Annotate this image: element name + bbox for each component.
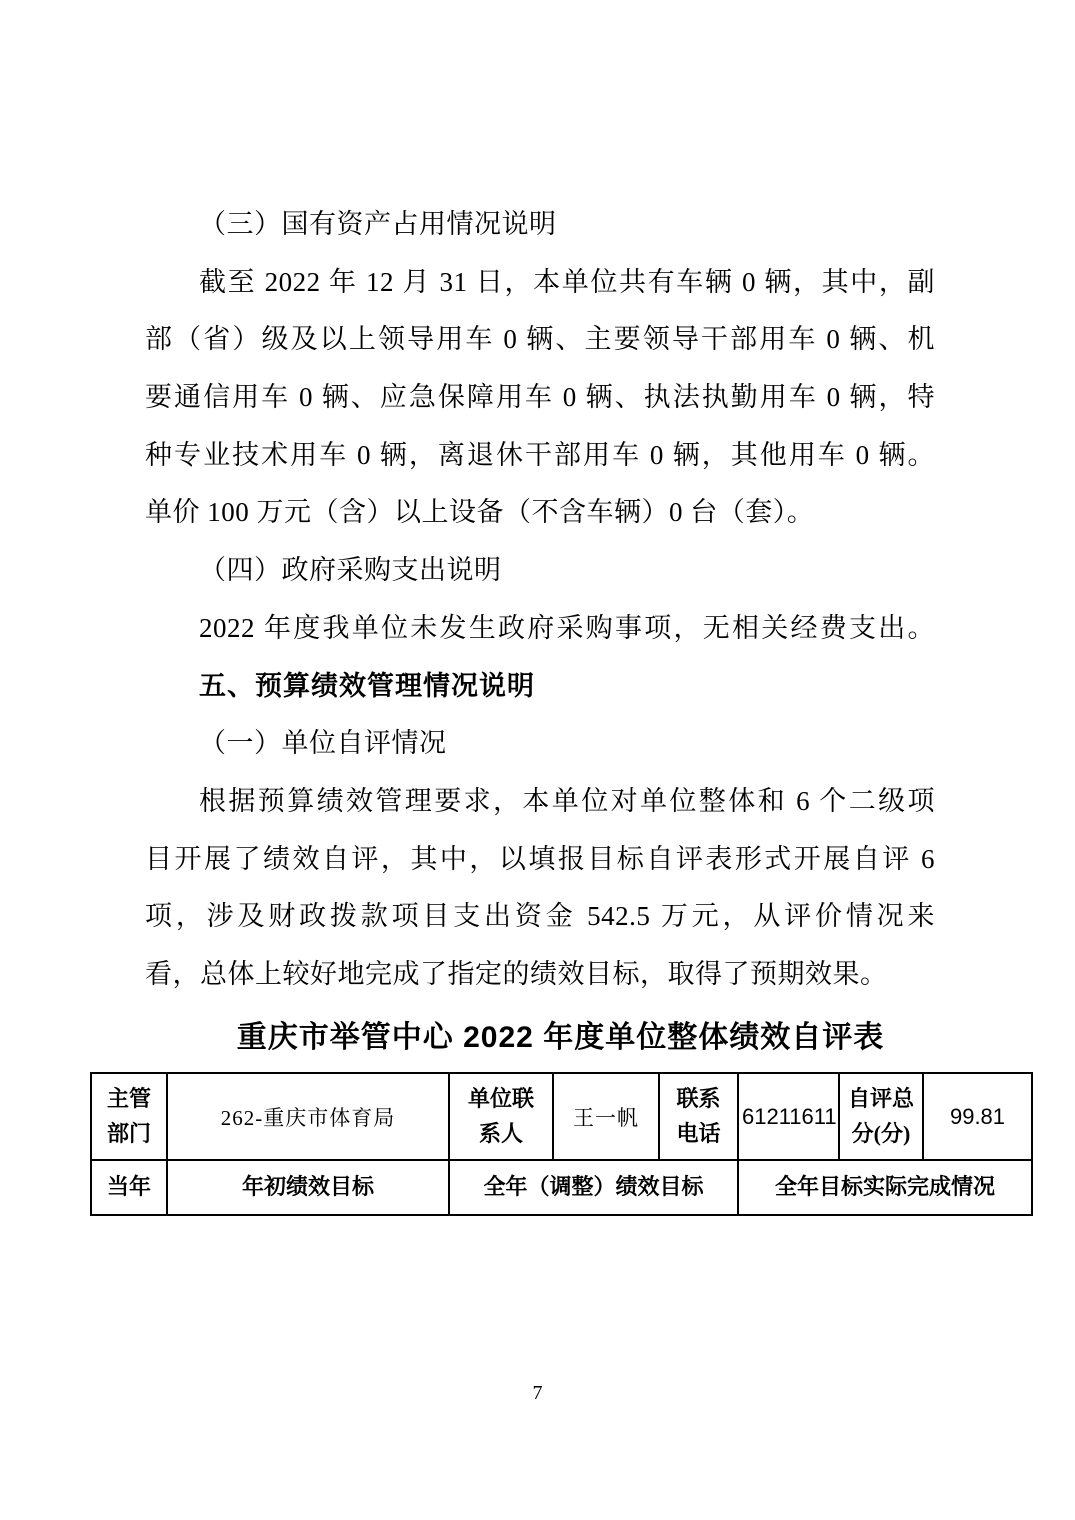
actual-completion-cell: 全年目标实际完成情况 bbox=[738, 1160, 1032, 1215]
section-heading: 五、预算绩效管理情况说明 bbox=[145, 658, 935, 716]
dept-value-cell: 262-重庆市体育局 bbox=[167, 1073, 449, 1160]
body-text-line: 种专业技术用车 0 辆，离退休干部用车 0 辆，其他用车 0 辆。 bbox=[145, 427, 935, 485]
body-text-line: 单价 100 万元（含）以上设备（不含车辆）0 台（套）。 bbox=[145, 484, 935, 542]
dept-label-cell: 主管 部门 bbox=[91, 1073, 167, 1160]
contact-value-cell: 王一帆 bbox=[553, 1073, 659, 1160]
table-title: 重庆市举管中心 2022 年度单位整体绩效自评表 bbox=[90, 1012, 1031, 1064]
score-label-cell: 自评总 分(分) bbox=[839, 1073, 923, 1160]
body-text-line: 看，总体上较好地完成了指定的绩效目标，取得了预期效果。 bbox=[145, 946, 935, 1004]
section-heading: （一）单位自评情况 bbox=[145, 715, 935, 773]
initial-goal-cell: 年初绩效目标 bbox=[167, 1160, 449, 1215]
body-text-line: 2022 年度我单位未发生政府采购事项，无相关经费支出。 bbox=[145, 600, 935, 658]
page-number: 7 bbox=[0, 1382, 1075, 1405]
year-cell: 当年 bbox=[91, 1160, 167, 1215]
body-text-line: 根据预算绩效管理要求，本单位对单位整体和 6 个二级项 bbox=[145, 773, 935, 831]
score-value-cell: 99.81 bbox=[923, 1073, 1032, 1160]
body-text-line: 项，涉及财政拨款项目支出资金 542.5 万元，从评价情况来 bbox=[145, 888, 935, 946]
body-text-line: 部（省）级及以上领导用车 0 辆、主要领导干部用车 0 辆、机 bbox=[145, 311, 935, 369]
phone-label-cell: 联系 电话 bbox=[659, 1073, 738, 1160]
section-heading: （四）政府采购支出说明 bbox=[145, 542, 935, 600]
phone-value-cell: 61211611 bbox=[738, 1073, 839, 1160]
adjusted-goal-cell: 全年（调整）绩效目标 bbox=[449, 1160, 738, 1215]
body-text-line: 目开展了绩效自评，其中，以填报目标自评表形式开展自评 6 bbox=[145, 831, 935, 889]
contact-label-cell: 单位联 系人 bbox=[449, 1073, 553, 1160]
text-block: （三）国有资产占用情况说明截至 2022 年 12 月 31 日，本单位共有车辆… bbox=[145, 196, 935, 1004]
table-row: 主管 部门 262-重庆市体育局 单位联 系人 王一帆 联系 电话 612116… bbox=[91, 1073, 1032, 1160]
performance-table: 主管 部门 262-重庆市体育局 单位联 系人 王一帆 联系 电话 612116… bbox=[90, 1072, 1033, 1216]
section-heading: （三）国有资产占用情况说明 bbox=[145, 196, 935, 254]
document-page: （三）国有资产占用情况说明截至 2022 年 12 月 31 日，本单位共有车辆… bbox=[0, 0, 1075, 1520]
body-text-line: 要通信用车 0 辆、应急保障用车 0 辆、执法执勤用车 0 辆，特 bbox=[145, 369, 935, 427]
body-text-line: 截至 2022 年 12 月 31 日，本单位共有车辆 0 辆，其中，副 bbox=[145, 254, 935, 312]
table-row: 当年 年初绩效目标 全年（调整）绩效目标 全年目标实际完成情况 bbox=[91, 1160, 1032, 1215]
